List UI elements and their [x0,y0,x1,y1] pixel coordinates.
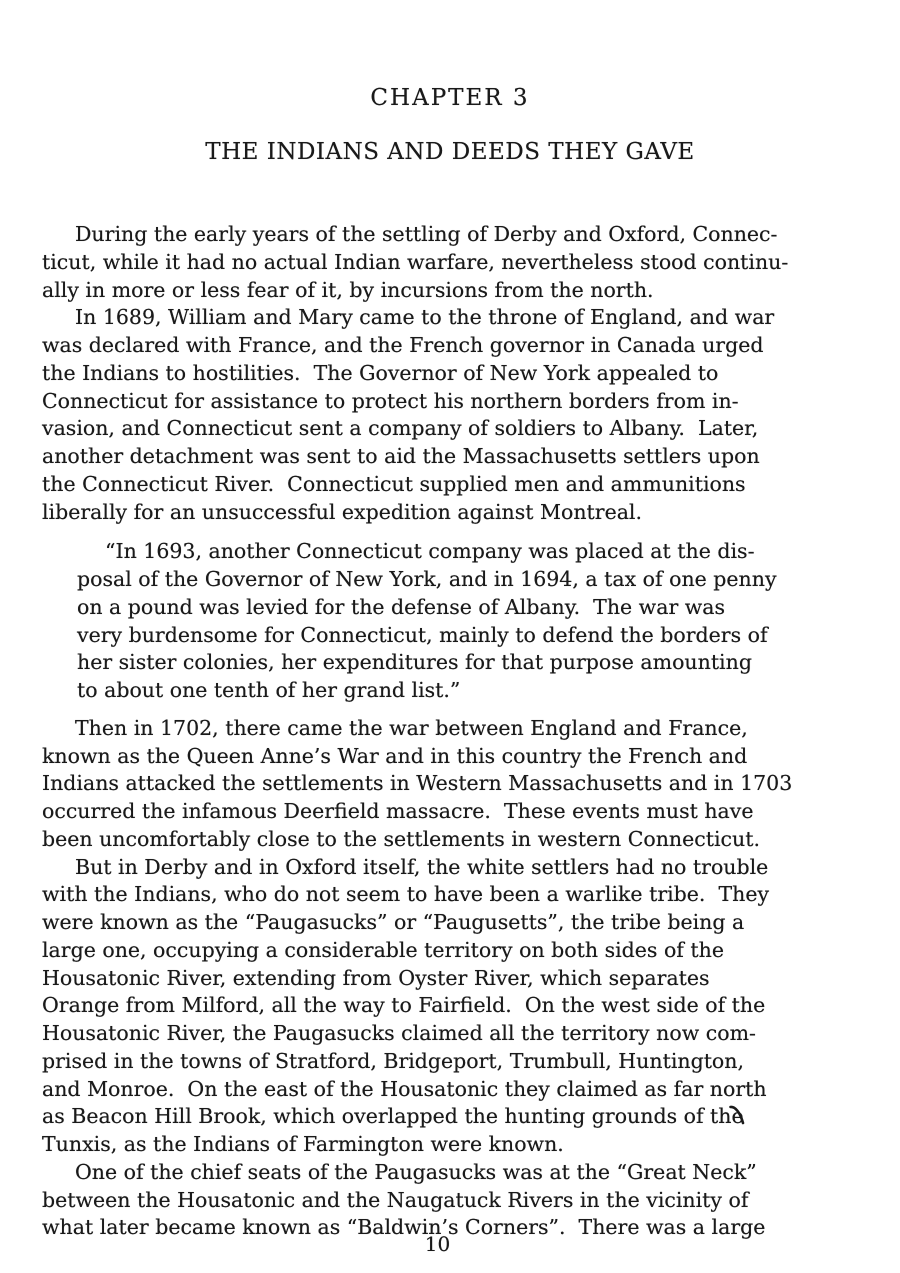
page-title: THE INDIANS AND DEEDS THEY GAVE [0,139,900,165]
text-line: Connecticut for assistance to protect hi… [42,388,872,416]
text-line: her sister colonies, her expenditures fo… [77,649,872,677]
text-line: large one, occupying a considerable terr… [42,937,872,965]
text-line: In 1689, William and Mary came to the th… [42,304,872,332]
text-line: the Indians to hostilities. The Governor… [42,360,872,388]
stray-pen-mark-icon [729,1104,747,1126]
paragraph: But in Derby and in Oxford itself, the w… [42,854,872,1159]
text-line: But in Derby and in Oxford itself, the w… [42,854,872,882]
paragraph: During the early years of the settling o… [42,221,872,304]
text-line: very burdensome for Connecticut, mainly … [77,622,872,650]
text-line: with the Indians, who do not seem to hav… [42,881,872,909]
text-line: ally in more or less fear of it, by incu… [42,277,872,305]
paragraph: Then in 1702, there came the war between… [42,715,872,854]
text-line: posal of the Governor of New York, and i… [77,566,872,594]
text-line: prised in the towns of Stratford, Bridge… [42,1048,872,1076]
text-line: During the early years of the settling o… [42,221,872,249]
text-line: Tunxis, as the Indians of Farmington wer… [42,1131,872,1159]
text-line: ticut, while it had no actual Indian war… [42,249,872,277]
chapter-heading: CHAPTER 3 [0,85,900,111]
text-line: “In 1693, another Connecticut company wa… [77,538,872,566]
text-line: Then in 1702, there came the war between… [42,715,872,743]
text-line: and Monroe. On the east of the Housatoni… [42,1076,872,1104]
text-line: Housatonic River, extending from Oyster … [42,965,872,993]
text-line: another detachment was sent to aid the M… [42,443,872,471]
text-line: as Beacon Hill Brook, which overlapped t… [42,1103,872,1131]
paragraph: In 1689, William and Mary came to the th… [42,304,872,526]
text-line: vasion, and Connecticut sent a company o… [42,415,872,443]
page-body: During the early years of the settling o… [42,221,872,1242]
text-line: on a pound was levied for the defense of… [77,594,872,622]
text-line: Housatonic River, the Paugasucks claimed… [42,1020,872,1048]
text-line: was declared with France, and the French… [42,332,872,360]
page-number: 10 [0,1232,875,1256]
text-line: occurred the infamous Deerfield massacre… [42,798,872,826]
text-line: to about one tenth of her grand list.” [77,677,872,705]
text-line: One of the chief seats of the Paugasucks… [42,1159,872,1187]
scanned-book-page: CHAPTER 3 THE INDIANS AND DEEDS THEY GAV… [0,0,900,1273]
text-line: the Connecticut River. Connecticut suppl… [42,471,872,499]
block-quote: “In 1693, another Connecticut company wa… [77,538,872,705]
text-line: liberally for an unsuccessful expedition… [42,499,872,527]
text-line: known as the Queen Anne’s War and in thi… [42,743,872,771]
text-line: Orange from Milford, all the way to Fair… [42,992,872,1020]
text-line: were known as the “Paugasucks” or “Paugu… [42,909,872,937]
text-line: between the Housatonic and the Naugatuck… [42,1187,872,1215]
text-line: Indians attacked the settlements in West… [42,770,872,798]
text-line: been uncomfortably close to the settleme… [42,826,872,854]
paragraph: One of the chief seats of the Paugasucks… [42,1159,872,1242]
